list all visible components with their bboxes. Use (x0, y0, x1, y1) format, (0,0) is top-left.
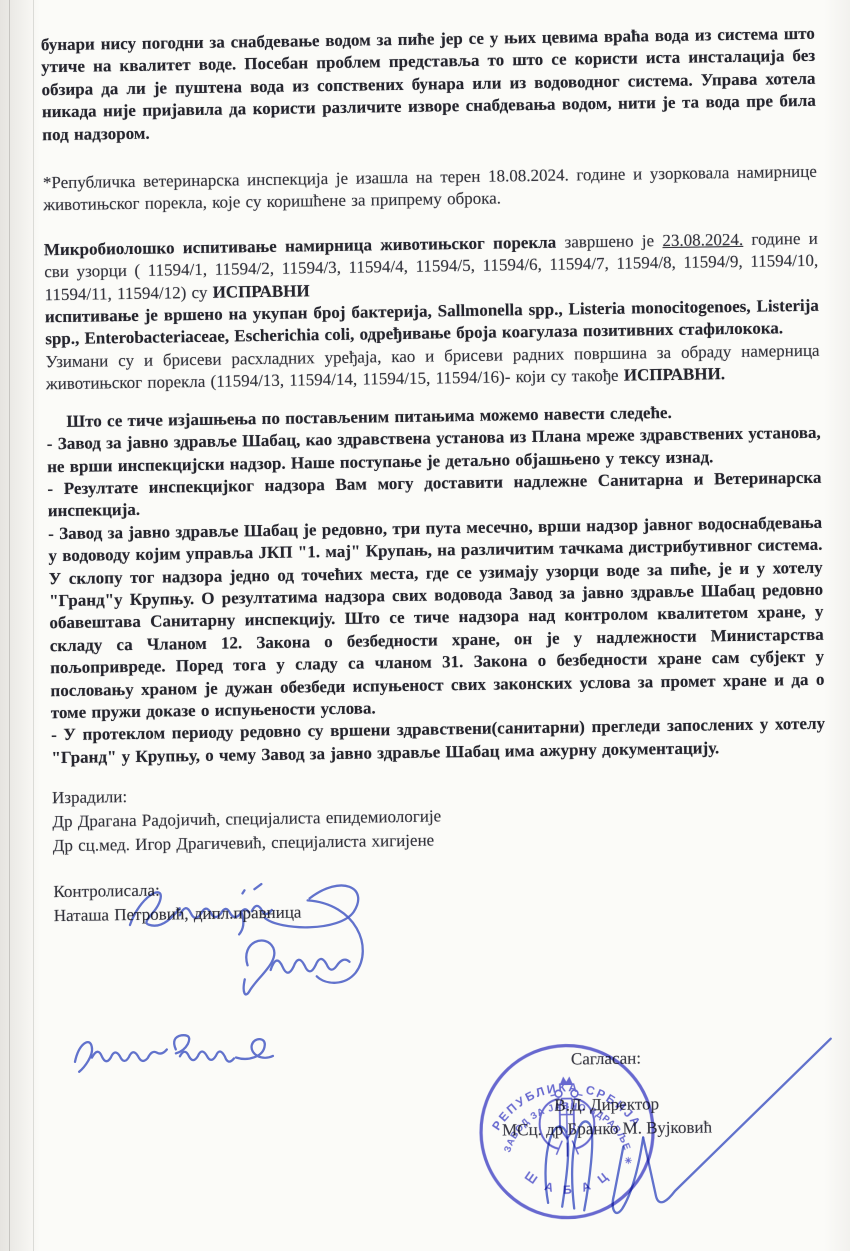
verdict-correct-2: ИСПРАВНИ. (624, 364, 726, 384)
paragraph-veterinary-inspection: *Републичка ветеринарска инспекција је и… (43, 161, 818, 217)
signature-director-flourish-icon (519, 1029, 844, 1246)
verdict-correct: ИСПРАВНИ (212, 281, 309, 301)
body-text: бунари нису погодни за снабдевање водом … (41, 23, 828, 929)
paragraph-water-supply: бунари нису погодни за снабдевање водом … (41, 23, 817, 147)
signature-petrovic-icon (67, 1023, 280, 1082)
paragraph-item-water-monitoring: - Завод за јавно здравље Шабац је редовн… (48, 511, 825, 724)
signature-radojicic-icon (121, 871, 379, 1017)
microbiology-mid: завршено је (556, 231, 662, 252)
document-content: бунари нису погодни за снабдевање водом … (0, 0, 850, 1251)
scanned-document-page: бунари нису погодни за снабдевање водом … (0, 0, 850, 1251)
completion-date: 23.08.2024. (662, 230, 743, 250)
paragraph-microbiology-result: Микробиолошко испитивање намирница живот… (44, 228, 819, 307)
